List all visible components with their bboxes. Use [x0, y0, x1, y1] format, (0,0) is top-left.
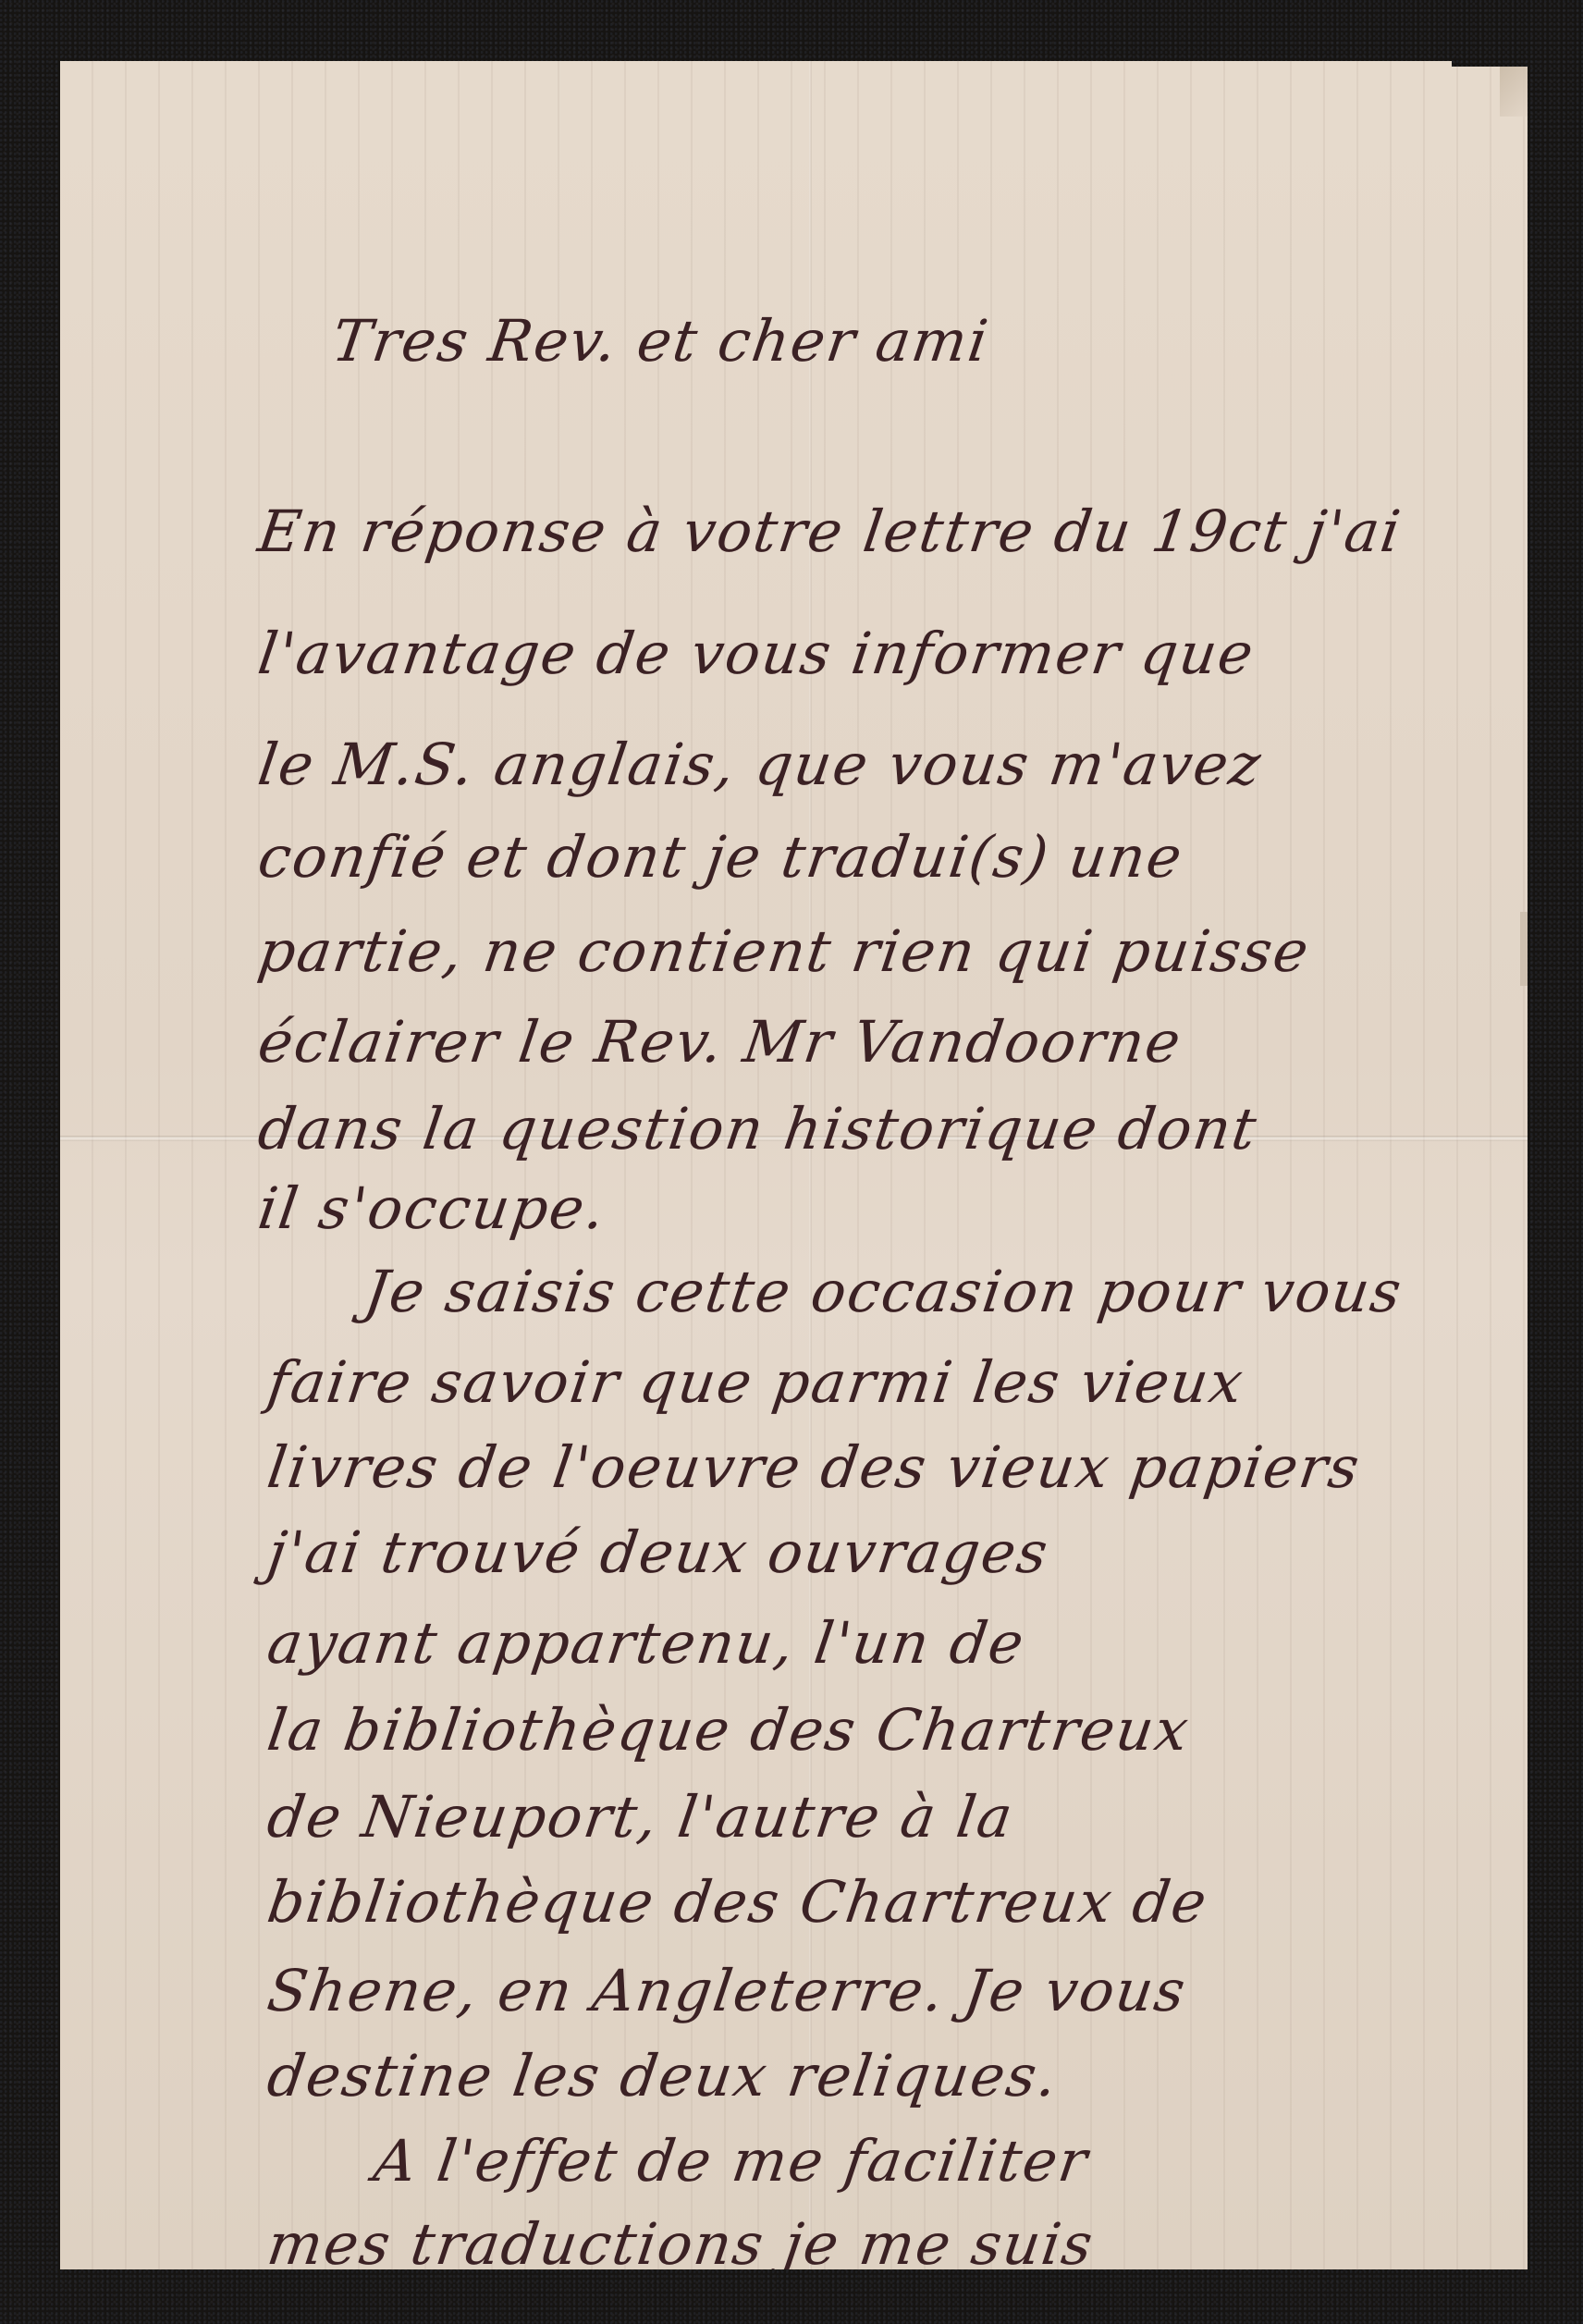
- letter-line: ayant appartenu, l'un de: [264, 1615, 1029, 1672]
- letter-line: En réponse à votre lettre du 19ct j'ai: [255, 503, 1405, 560]
- letter-line: éclairer le Rev. Mr Vandoorne: [255, 1014, 1186, 1071]
- letter-line: A l'effet de me faciliter: [371, 2133, 1093, 2190]
- letter-line: la bibliothèque des Chartreux: [264, 1702, 1194, 1759]
- letter-line: livres de l'oeuvre des vieux papiers: [264, 1439, 1365, 1496]
- letter-line: faire savoir que parmi les vieux: [264, 1354, 1248, 1411]
- letter-line: j'ai trouvé deux ouvrages: [264, 1524, 1053, 1581]
- letter-line: dans la question historique dont: [255, 1101, 1261, 1158]
- letter-line: de Nieuport, l'autre à la: [264, 1789, 1018, 1846]
- letter-line: partie, ne contient rien qui puisse: [255, 923, 1314, 980]
- letter-line: l'avantage de vous informer que: [255, 625, 1258, 682]
- letter-body: Tres Rev. et cher ami En réponse à votre…: [60, 61, 1528, 2269]
- letter-line: bibliothèque des Chartreux de: [264, 1874, 1212, 1931]
- letter-line: destine les deux reliques.: [264, 2047, 1062, 2105]
- letter-line: Je saisis cette occasion pour vous: [362, 1263, 1406, 1321]
- letter-page: Tres Rev. et cher ami En réponse à votre…: [60, 61, 1528, 2269]
- letter-line: il s'occupe.: [255, 1180, 610, 1237]
- letter-line: Shene, en Angleterre. Je vous: [264, 1962, 1190, 2020]
- letter-line: confié et dont je tradui(s) une: [255, 829, 1187, 886]
- salutation: Tres Rev. et cher ami: [329, 313, 993, 370]
- letter-line: mes traductions je me suis: [264, 2216, 1098, 2273]
- letter-line: le M.S. anglais, que vous m'avez: [255, 736, 1266, 793]
